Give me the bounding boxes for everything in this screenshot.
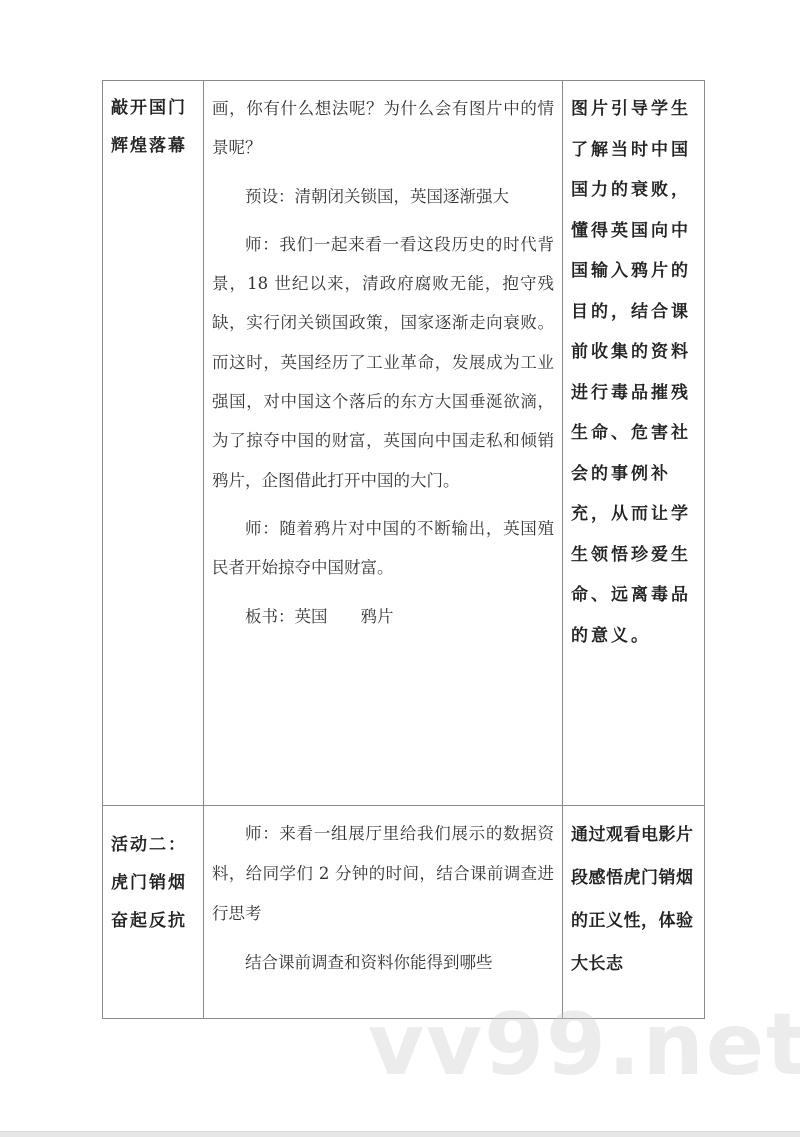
stage-title-line: 敲开国门 <box>111 89 203 127</box>
stage-title-line: 活动二： <box>111 826 203 864</box>
table-row: 活动二： 虎门销烟 奋起反抗 师：来看一组展厅里给我们展示的数据资料，给同学们 … <box>103 806 705 1019</box>
process-cell: 师：来看一组展厅里给我们展示的数据资料，给同学们 2 分钟的时间，结合课前调查进… <box>204 806 563 1019</box>
paragraph: 师：来看一组展厅里给我们展示的数据资料，给同学们 2 分钟的时间，结合课前调查进… <box>212 814 554 934</box>
stage-title-line: 奋起反抗 <box>111 902 203 940</box>
paragraph: 结合课前调查和资料你能得到哪些 <box>212 943 554 983</box>
page-edge <box>0 1131 800 1137</box>
design-intent-text: 图片引导学生了解当时中国国力的衰败，懂得英国向中国输入鸦片的目的，结合课前收集的… <box>563 81 704 656</box>
stage-title-line: 虎门销烟 <box>111 864 203 902</box>
intent-cell: 图片引导学生了解当时中国国力的衰败，懂得英国向中国输入鸦片的目的，结合课前收集的… <box>563 81 705 806</box>
stage-title-line: 辉煌落幕 <box>111 127 203 165</box>
table-row: 敲开国门 辉煌落幕 画，你有什么想法呢？为什么会有图片中的情景呢？ 预设：清朝闭… <box>103 81 705 806</box>
paragraph: 师：我们一起来看一看这段历史的时代背景，18 世纪以来，清政府腐败无能，抱守残缺… <box>212 225 554 500</box>
paragraph: 预设：清朝闭关锁国，英国逐渐强大 <box>212 177 554 216</box>
document-page: 敲开国门 辉煌落幕 画，你有什么想法呢？为什么会有图片中的情景呢？ 预设：清朝闭… <box>0 0 800 1131</box>
process-cell: 画，你有什么想法呢？为什么会有图片中的情景呢？ 预设：清朝闭关锁国，英国逐渐强大… <box>204 81 563 806</box>
paragraph: 板书：英国 鸦片 <box>212 597 554 636</box>
design-intent-text: 通过观看电影片段感悟虎门销烟的正义性，体验大长志 <box>563 806 704 986</box>
paragraph: 画，你有什么想法呢？为什么会有图片中的情景呢？ <box>212 89 554 168</box>
lesson-plan-table: 敲开国门 辉煌落幕 画，你有什么想法呢？为什么会有图片中的情景呢？ 预设：清朝闭… <box>102 80 705 1019</box>
stage-cell: 敲开国门 辉煌落幕 <box>103 81 204 806</box>
intent-cell: 通过观看电影片段感悟虎门销烟的正义性，体验大长志 <box>563 806 705 1019</box>
stage-cell: 活动二： 虎门销烟 奋起反抗 <box>103 806 204 1019</box>
paragraph: 师：随着鸦片对中国的不断输出，英国殖民者开始掠夺中国财富。 <box>212 509 554 588</box>
